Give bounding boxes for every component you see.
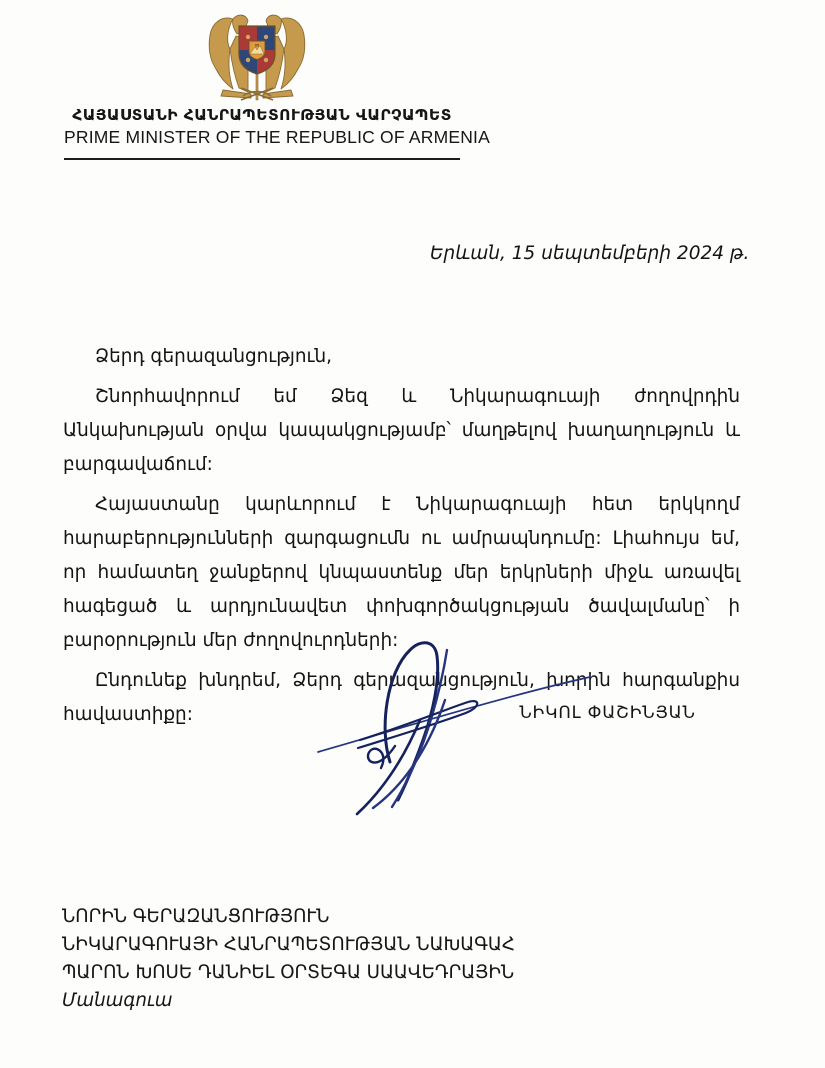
- salutation: Ձերդ գերազանցություն,: [63, 340, 740, 374]
- addressee-block: ՆՈՐԻՆ ԳԵՐԱԶԱՆՑՈՒԹՅՈՒՆ ՆԻԿԱՐԱԳՈՒԱՅԻ ՀԱՆՐԱ…: [62, 903, 582, 1015]
- letter-page: ՀԱՅԱՍՏԱՆԻ ՀԱՆՐԱՊԵՏՈՒԹՅԱՆ ՎԱՐՉԱՊԵՏ PRIME …: [0, 0, 825, 1068]
- date-line: Երևան, 15 սեպտեմբերի 2024 թ.: [430, 243, 702, 264]
- addressee-honorific: ՆՈՐԻՆ ԳԵՐԱԶԱՆՑՈՒԹՅՈՒՆ: [62, 903, 582, 931]
- addressee-city: Մանագուա: [62, 987, 582, 1015]
- letterhead-title-armenian: ՀԱՅԱՍՏԱՆԻ ՀԱՆՐԱՊԵՏՈՒԹՅԱՆ ՎԱՐՉԱՊԵՏ: [64, 106, 460, 124]
- letterhead-rule: [64, 158, 460, 160]
- letterhead: ՀԱՅԱՍՏԱՆԻ ՀԱՆՐԱՊԵՏՈՒԹՅԱՆ ՎԱՐՉԱՊԵՏ PRIME …: [64, 106, 460, 148]
- paragraph-1: Շնորհավորում եմ Ձեզ և Նիկարագուայի ժողով…: [63, 380, 740, 482]
- paragraph-2: Հայաստանը կարևորում է Նիկարագուայի հետ ե…: [63, 488, 740, 658]
- armenia-coat-of-arms-icon: [203, 10, 311, 102]
- handwritten-signature: [295, 636, 605, 821]
- addressee-name: ՊԱՐՈՆ ԽՈՍԵ ԴԱՆԻԵԼ ՕՐՏԵԳԱ ՍԱԱՎԵԴՐԱՅԻՆ: [62, 959, 582, 987]
- addressee-title: ՆԻԿԱՐԱԳՈՒԱՅԻ ՀԱՆՐԱՊԵՏՈՒԹՅԱՆ ՆԱԽԱԳԱՀ: [62, 931, 582, 959]
- signer-name: ՆԻԿՈԼ ՓԱՇԻՆՅԱՆ: [500, 703, 715, 723]
- letterhead-title-english: PRIME MINISTER OF THE REPUBLIC OF ARMENI…: [64, 127, 460, 148]
